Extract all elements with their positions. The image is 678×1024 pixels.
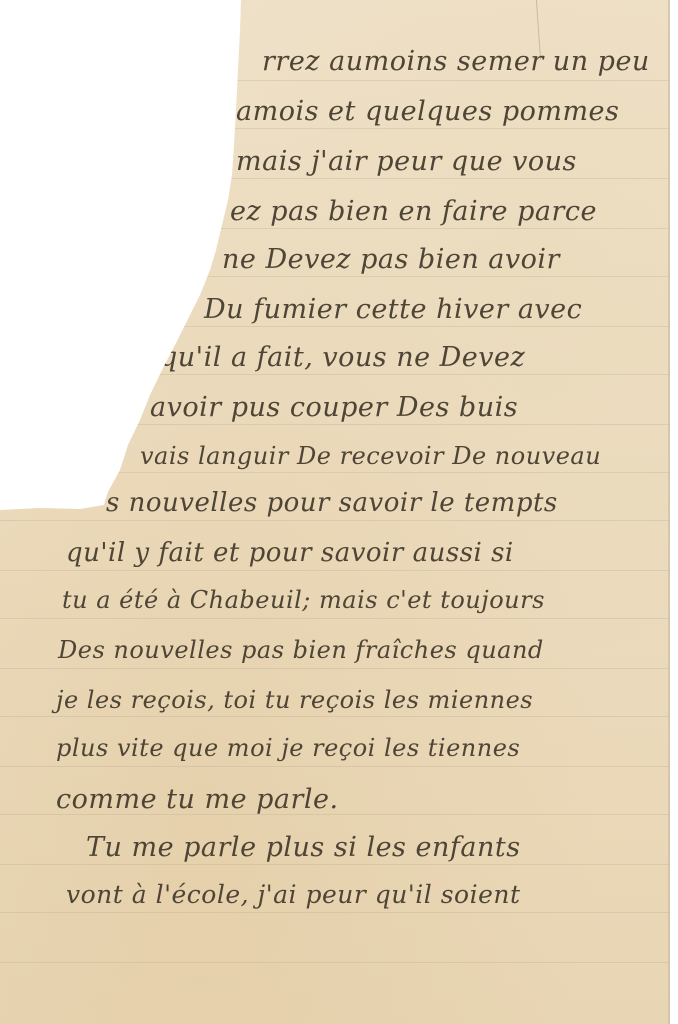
- ruled-line: [0, 618, 670, 619]
- ruled-line: [0, 128, 670, 129]
- handwritten-line-8: avoir pus couper Des buis: [150, 392, 518, 423]
- handwritten-line-1: rrez aumoins semer un peu: [262, 46, 650, 77]
- ruled-line: [0, 912, 670, 913]
- handwritten-line-17: Tu me parle plus si les enfants: [86, 832, 521, 863]
- handwritten-line-6: Du fumier cette hiver avec: [204, 294, 582, 325]
- ruled-line: [0, 326, 670, 327]
- handwritten-line-2: amois et quelques pommes: [236, 96, 619, 127]
- handwritten-line-14: je les reçois, toi tu reçois les miennes: [56, 686, 533, 714]
- ruled-line: [0, 80, 670, 81]
- handwritten-line-16: comme tu me parle.: [56, 784, 339, 815]
- torn-letter-page: rrez aumoins semer un peu amois et quelq…: [0, 0, 670, 1024]
- handwritten-line-13: Des nouvelles pas bien fraîches quand: [58, 636, 544, 664]
- ruled-line: [0, 276, 670, 277]
- ruled-line: [0, 864, 670, 865]
- ruled-line: [0, 520, 670, 521]
- ruled-line: [0, 424, 670, 425]
- handwritten-line-3: mais j'air peur que vous: [236, 146, 577, 177]
- handwritten-line-4: ez pas bien en faire parce: [230, 196, 597, 227]
- handwritten-line-11: qu'il y fait et pour savoir aussi si: [66, 538, 514, 568]
- handwritten-line-12: tu a été à Chabeuil; mais c'et toujours: [62, 586, 545, 614]
- handwritten-line-7: qu'il a fait, vous ne Devez: [160, 342, 525, 373]
- paper-edge: [668, 0, 670, 1024]
- handwritten-line-5: ne Devez pas bien avoir: [222, 244, 560, 275]
- handwritten-line-18: vont à l'école, j'ai peur qu'il soient: [66, 880, 521, 909]
- ruled-line: [0, 178, 670, 179]
- ruled-line: [0, 962, 670, 963]
- ruled-line: [0, 570, 670, 571]
- ruled-line: [0, 472, 670, 473]
- ruled-line: [0, 766, 670, 767]
- ruled-line: [0, 228, 670, 229]
- handwritten-line-10: s nouvelles pour savoir le tempts: [106, 488, 558, 518]
- ruled-line: [0, 668, 670, 669]
- handwritten-line-15: plus vite que moi je reçoi les tiennes: [56, 734, 520, 762]
- ruled-line: [0, 716, 670, 717]
- handwritten-line-9: vais languir De recevoir De nouveau: [140, 442, 601, 470]
- ruled-line: [0, 374, 670, 375]
